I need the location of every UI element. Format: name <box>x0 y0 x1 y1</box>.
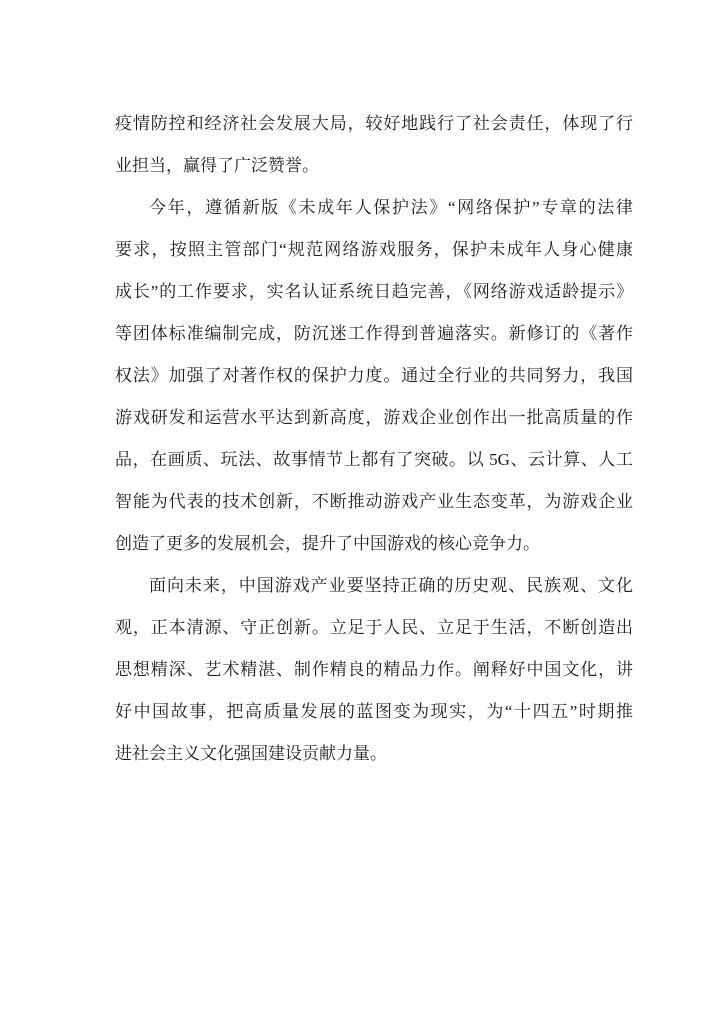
document-text-block: 疫情防控和经济社会发展大局，较好地践行了社会责任，体现了行 业担当，赢得了广泛赞… <box>115 103 633 775</box>
text-line: 智能为代表的技术创新，不断推动游戏产业生态变革，为游戏企业 <box>115 481 633 523</box>
text-line: 品，在画质、玩法、故事情节上都有了突破。以 5G、云计算、人工 <box>115 439 633 481</box>
text-line: 思想精深、艺术精湛、制作精良的精品力作。阐释好中国文化，讲 <box>115 649 633 691</box>
text-line: 疫情防控和经济社会发展大局，较好地践行了社会责任，体现了行 <box>115 103 633 145</box>
text-line: 等团体标准编制完成，防沉迷工作得到普遍落实。新修订的《著作 <box>115 313 633 355</box>
text-line: 面向未来，中国游戏产业要坚持正确的历史观、民族观、文化 <box>115 565 633 607</box>
text-line: 业担当，赢得了广泛赞誉。 <box>115 145 633 187</box>
text-line: 成长”的工作要求，实名认证系统日趋完善，《网络游戏适龄提示》 <box>115 271 633 313</box>
text-line: 权法》加强了对著作权的保护力度。通过全行业的共同努力，我国 <box>115 355 633 397</box>
text-line: 创造了更多的发展机会，提升了中国游戏的核心竞争力。 <box>115 523 633 565</box>
text-line: 游戏研发和运营水平达到新高度，游戏企业创作出一批高质量的作 <box>115 397 633 439</box>
text-line: 观，正本清源、守正创新。立足于人民、立足于生活，不断创造出 <box>115 607 633 649</box>
text-line: 进社会主义文化强国建设贡献力量。 <box>115 733 633 775</box>
text-line: 要求，按照主管部门“规范网络游戏服务，保护未成年人身心健康 <box>115 229 633 271</box>
text-line: 好中国故事，把高质量发展的蓝图变为现实，为“十四五”时期推 <box>115 691 633 733</box>
text-line: 今年，遵循新版《未成年人保护法》“网络保护”专章的法律 <box>115 187 633 229</box>
document-page: 疫情防控和经济社会发展大局，较好地践行了社会责任，体现了行 业担当，赢得了广泛赞… <box>0 0 725 1024</box>
